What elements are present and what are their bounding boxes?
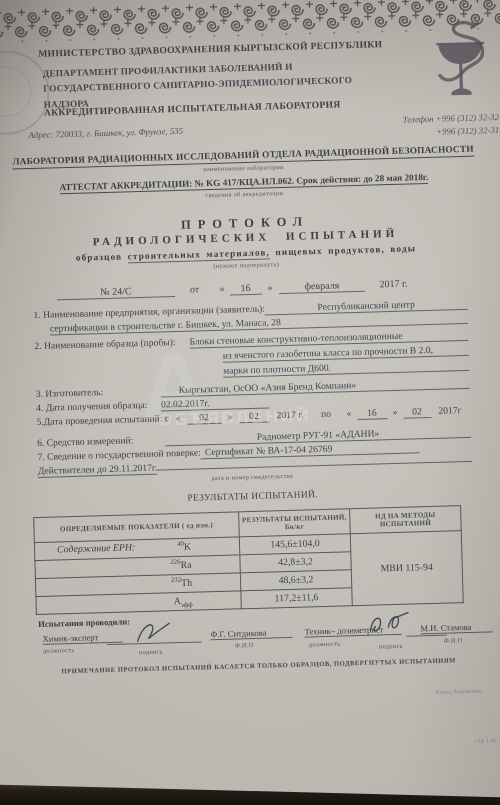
- sig1-sign-caption: подпись: [139, 649, 163, 657]
- test-end-month: 02: [403, 406, 431, 419]
- protocol-day: 16: [229, 283, 261, 296]
- bowl-of-hygieia-icon: [431, 19, 490, 113]
- item-7-label: 7. Сведение о государственной поверке:: [37, 447, 201, 463]
- sig1-role: Химик-эксперт: [42, 632, 122, 645]
- protocol-number: № 24/С: [57, 285, 175, 300]
- protocol-number-line: № 24/С от « 16 » февраля 2017 г.: [57, 278, 422, 300]
- sig1-role-caption: должность: [43, 647, 75, 655]
- test-end-year: 2017г: [431, 405, 469, 417]
- col-methods: НД НА МЕТОДЫ ИСПЫТАНИЙ: [350, 506, 462, 534]
- method-cell: МВИ 115-94: [350, 531, 463, 606]
- sig1-name: Ф.Г. Ситдикова: [210, 627, 292, 640]
- sig2-name-caption: Ф.И.О: [444, 637, 463, 645]
- protocol-year: 2017 г.: [365, 278, 422, 291]
- col-results: РЕЗУЛЬТАТЫ ИСПЫТАНИЙ, Бк/кг: [239, 509, 351, 537]
- erh-content-label: Содержание ЕРН:: [57, 542, 135, 555]
- a-eff-label: Аэфф: [174, 595, 193, 607]
- nuclide-ra226: 226Ra: [170, 559, 191, 571]
- test-end-day: 16: [357, 407, 387, 420]
- stamp-inner-ring: [0, 66, 32, 117]
- end-of-document-note: Конец документа: [436, 688, 483, 696]
- lab-address: Адрес: 720033, г. Бишкек, ул. Фрунзе, 53…: [28, 126, 183, 140]
- item-7-value-2: Действителен до 29.11.2017г.: [38, 463, 158, 478]
- item-2: 2. Наименование образца (пробы): Блоки с…: [34, 329, 469, 383]
- lab-phones: Телефон +996 (312) 32-32-4 +996 (312) 32…: [336, 111, 500, 142]
- a-eff-result: 117,2±11,6: [241, 588, 352, 609]
- nuclide-k40: 40K: [177, 541, 191, 552]
- page-number: стр 1 из 1: [475, 737, 500, 745]
- signature-2: [366, 610, 415, 639]
- paper-sheet: МИНИСТЕРСТВО ЗДРАВООХРАНЕНИЯ КЫРГЫЗСКОЙ …: [0, 0, 500, 805]
- sig2-sign-line: [407, 635, 447, 637]
- watermark-text: ОБЪЯВЛЕНИЙ: [158, 406, 311, 430]
- sig1-name-caption: Ф.И.О: [235, 642, 254, 650]
- document-photo: МИНИСТЕРСТВО ЗДРАВООХРАНЕНИЯ КЫРГЫЗСКОЙ …: [0, 0, 500, 805]
- results-table: ОПРЕДЕЛЯЕМЫЕ ПОКАЗАТЕЛИ ( ед изм.) РЕЗУЛ…: [33, 505, 464, 615]
- ornament-band: [0, 0, 500, 45]
- sig2-name: М.И. Стамова: [420, 621, 492, 634]
- sig2-role-caption: должность: [309, 641, 341, 649]
- protocol-month: февраля: [278, 280, 365, 294]
- sig2-sign-caption: подпись: [379, 643, 403, 651]
- nuclide-th232: 232Th: [171, 577, 192, 589]
